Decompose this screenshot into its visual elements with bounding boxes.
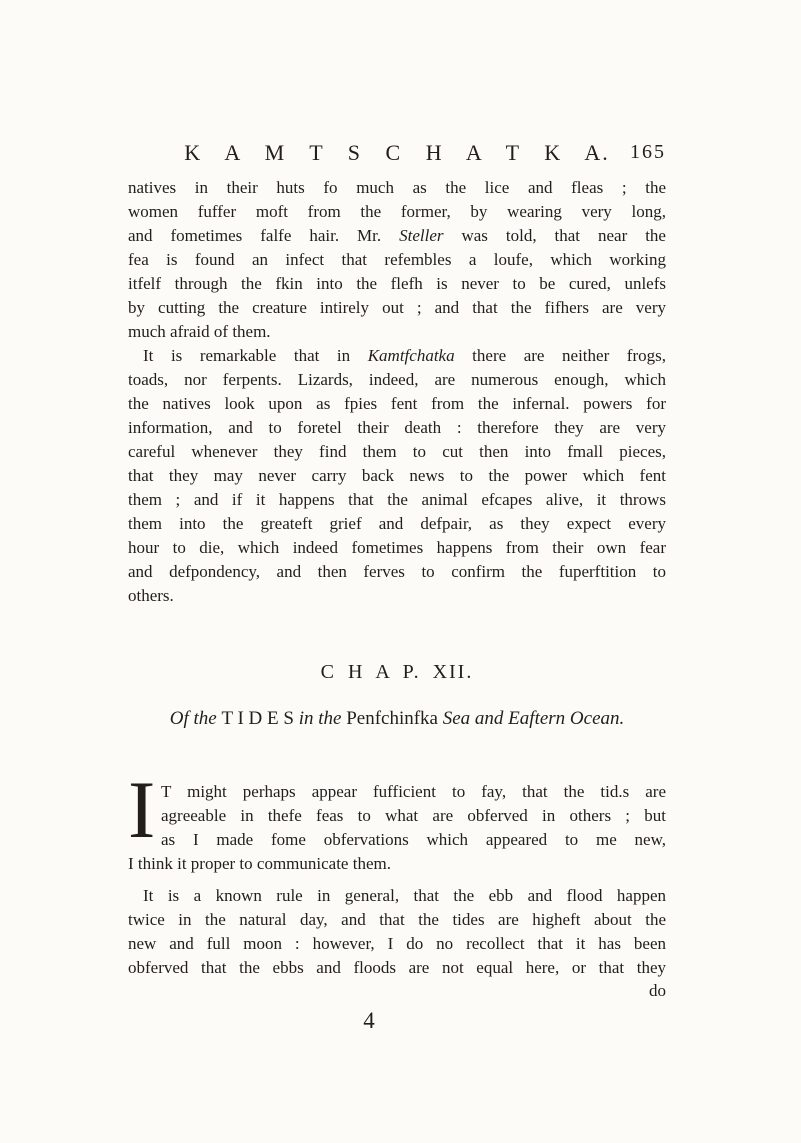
- text-line: I think it proper to communicate them.: [128, 852, 666, 876]
- text-segment: them ; and if it happens that the animal…: [128, 490, 666, 509]
- text-segment: there are neither frogs,: [455, 346, 666, 365]
- text-segment: It is a known rule in general, that the …: [143, 886, 666, 905]
- text-line: It is a known rule in general, that the …: [128, 884, 666, 908]
- text-segment: that they may never carry back news to t…: [128, 466, 666, 485]
- dropcap-paragraph: IT might perhaps appear fufficient to fa…: [128, 780, 666, 876]
- text-line: and defpondency, and then ferves to conf…: [128, 560, 666, 584]
- text-line: toads, nor ferpents. Lizards, indeed, ar…: [128, 368, 666, 392]
- text-segment: much afraid of them.: [128, 322, 271, 341]
- text-line: It is remarkable that in Kamtfchatka the…: [128, 344, 666, 368]
- chapter-subtitle: Of the T I D E S in the Penfchinfka Sea …: [128, 704, 666, 734]
- text-line: them into the greateft grief and defpair…: [128, 512, 666, 536]
- drop-cap-letter: I: [128, 769, 155, 851]
- text-line: and fometimes falfe hair. Mr. Steller wa…: [128, 224, 666, 248]
- text-segment: new and full moon : however, I do no rec…: [128, 934, 666, 953]
- text-line: by cutting the creature intirely out ; a…: [128, 296, 666, 320]
- text-segment: obferved that the ebbs and floods are no…: [128, 958, 666, 977]
- text-segment: them into the greateft grief and defpair…: [128, 514, 666, 533]
- page-number: 165: [630, 141, 666, 164]
- text-segment: information, and to foretel their death …: [128, 418, 666, 437]
- text-segment: I think it proper to communicate them.: [128, 854, 391, 873]
- text-line: others.: [128, 584, 666, 608]
- text-line: as I made fome obfervations which appear…: [161, 828, 666, 852]
- text-segment: It is remarkable that in: [143, 346, 368, 365]
- signature-mark: 4: [128, 1006, 666, 1036]
- text-segment: itfelf through the fkin into the flefh i…: [128, 274, 666, 293]
- text-line: the natives look upon as fpies fent from…: [128, 392, 666, 416]
- text-segment: the natives look upon as fpies fent from…: [128, 394, 666, 413]
- text-line: agreeable in thefe feas to what are obfe…: [161, 804, 666, 828]
- text-segment: by cutting the creature intirely out ; a…: [128, 298, 666, 317]
- paragraph: natives in their huts fo much as the lic…: [128, 176, 666, 344]
- text-line: careful whenever they find them to cut t…: [128, 440, 666, 464]
- text-column: K A M T S C H A T K A. 165 natives in th…: [128, 138, 666, 1036]
- text-segment: women fuffer moft from the former, by we…: [128, 202, 666, 221]
- italic-text: in the: [299, 708, 347, 729]
- text-segment: careful whenever they find them to cut t…: [128, 442, 666, 461]
- text-line: much afraid of them.: [128, 320, 666, 344]
- text-segment: hour to die, which indeed fometimes happ…: [128, 538, 666, 557]
- text-segment: as I made fome obfervations which appear…: [161, 830, 666, 849]
- italic-text: Steller: [399, 226, 443, 245]
- text-line: obferved that the ebbs and floods are no…: [128, 956, 666, 980]
- italic-text: Sea and Eaftern Ocean.: [443, 708, 625, 729]
- text-line: them ; and if it happens that the animal…: [128, 488, 666, 512]
- text-segment: Penfchinfka: [346, 708, 443, 729]
- text-segment: was told, that near the: [444, 226, 666, 245]
- text-line: hour to die, which indeed fometimes happ…: [128, 536, 666, 560]
- running-header: K A M T S C H A T K A. 165: [128, 138, 666, 168]
- text-line: new and full moon : however, I do no rec…: [128, 932, 666, 956]
- paragraph: It is a known rule in general, that the …: [128, 884, 666, 980]
- text-segment: natives in their huts fo much as the lic…: [128, 178, 666, 197]
- text-segment: toads, nor ferpents. Lizards, indeed, ar…: [128, 370, 666, 389]
- text-segment: T might perhaps appear fufficient to fay…: [161, 782, 666, 801]
- text-line: twice in the natural day, and that the t…: [128, 908, 666, 932]
- text-segment: and defpondency, and then ferves to conf…: [128, 562, 666, 581]
- text-segment: and fometimes falfe hair. Mr.: [128, 226, 399, 245]
- italic-text: Kamtfchatka: [368, 346, 455, 365]
- text-segment: T I D E S: [221, 708, 298, 729]
- chapter-heading: C H A P. XII.: [128, 658, 666, 686]
- text-line: information, and to foretel their death …: [128, 416, 666, 440]
- book-page-scan: K A M T S C H A T K A. 165 natives in th…: [0, 0, 801, 1143]
- text-line: women fuffer moft from the former, by we…: [128, 200, 666, 224]
- text-segment: agreeable in thefe feas to what are obfe…: [161, 806, 666, 825]
- text-line: itfelf through the fkin into the flefh i…: [128, 272, 666, 296]
- text-segment: others.: [128, 586, 174, 605]
- text-line: natives in their huts fo much as the lic…: [128, 176, 666, 200]
- running-header-title: K A M T S C H A T K A.: [128, 138, 666, 168]
- text-body: natives in their huts fo much as the lic…: [128, 176, 666, 1036]
- text-segment: fea is found an infect that refembles a …: [128, 250, 666, 269]
- paragraph: It is remarkable that in Kamtfchatka the…: [128, 344, 666, 608]
- text-line: fea is found an infect that refembles a …: [128, 248, 666, 272]
- text-line: T might perhaps appear fufficient to fay…: [161, 780, 666, 804]
- text-line: that they may never carry back news to t…: [128, 464, 666, 488]
- text-segment: twice in the natural day, and that the t…: [128, 910, 666, 929]
- italic-text: Of the: [170, 708, 222, 729]
- catchword: do: [128, 980, 666, 1002]
